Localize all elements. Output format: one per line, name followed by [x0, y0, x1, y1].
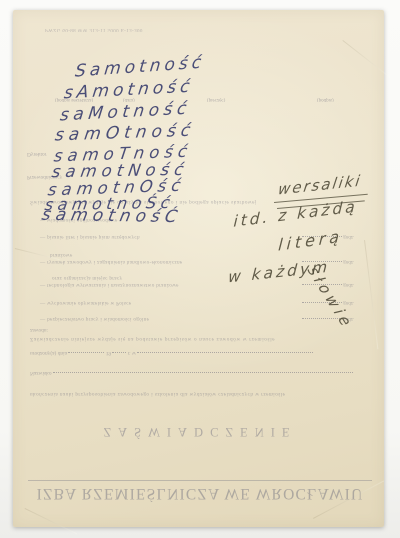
- subject-item: — bezpieczeństwo pracy i wiadomości ogól…: [40, 316, 149, 322]
- hours-label: godz.: [342, 234, 354, 239]
- blank-field: [53, 372, 353, 377]
- form-field-short: zawodu:: [30, 327, 48, 333]
- subject-continuation: branżowe: [50, 252, 73, 258]
- form-title: ZAŚWIADCZENIE: [0, 424, 400, 439]
- subject-item: — wychowanie obywatelskie w Polsce: [40, 300, 131, 306]
- form-field-full: Zaświadczenie niniejsze wydaje się na po…: [30, 336, 275, 342]
- born-line: urodzony(a) dnia 19 r. w: [30, 350, 313, 357]
- crease-line: [364, 240, 378, 349]
- subject-item: — technologia wytwarzania i maszynoznaws…: [40, 282, 179, 288]
- crease-line: [342, 40, 390, 78]
- subject-item: — pisanie liter i pisanie pism urzędowyc…: [40, 234, 140, 240]
- born-year-prefix: 19: [106, 350, 111, 356]
- subject-item: — rysunek zawodowy i zagadnienia handlow…: [40, 259, 183, 265]
- name-line: Nazwisko: [30, 370, 353, 377]
- letterhead-title: IZBA RZEMIEŚLNICZA WE WROCŁAWIU: [10, 484, 390, 502]
- name-label: Nazwisko: [30, 370, 52, 376]
- signature-caption: (pieczęć): [207, 97, 225, 102]
- hours-label: godz.: [342, 282, 354, 287]
- blank-field: [68, 352, 104, 357]
- born-label: urodzony(a) dnia: [30, 350, 67, 356]
- born-w-word: w: [132, 350, 136, 356]
- hours-label: godz.: [342, 259, 354, 264]
- signature-caption: (podpis): [317, 97, 334, 102]
- letterhead-rule: [28, 480, 372, 481]
- blank-field: [112, 352, 126, 357]
- subject-continuation: oraz organizacja miejsc pracy: [52, 275, 122, 281]
- crease-line: [25, 508, 78, 534]
- ink-word-line: samotnośĆ: [40, 205, 184, 227]
- role-label-1: Dyrektor: [27, 151, 46, 157]
- form-intro-line: ukończenia nauki przysposobienia zawodow…: [30, 391, 285, 397]
- scanned-document: PWZG 60-88 WW 313-11 5000 E-13-300 (podp…: [0, 0, 400, 538]
- blank-field: [137, 352, 313, 357]
- born-r-abbrev: r.: [128, 350, 131, 356]
- print-shop-imprint: PWZG 60-88 WW 313-11 5000 E-13-300: [45, 27, 143, 32]
